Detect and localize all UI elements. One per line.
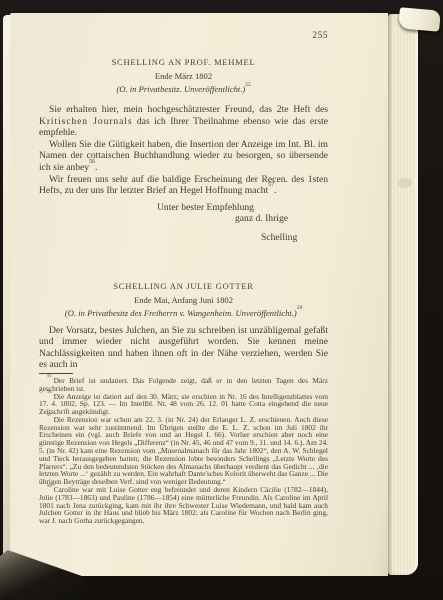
letter2-title: SCHELLING AN JULIE GOTTER bbox=[39, 280, 328, 292]
letter1-paragraph-1: Sie erhalten hier, mein hochgeschätztest… bbox=[39, 104, 328, 139]
letter2-source-text: (O. in Privatbesitz des Freiherrn v. Wan… bbox=[65, 308, 297, 318]
letter1-paragraph-2: Wollen Sie die Gütigkeit haben, die Inse… bbox=[39, 139, 328, 174]
book-photo: 255 SCHELLING AN PROF. MEHMEL Ende März … bbox=[0, 0, 443, 600]
footnote-56: 56Die Anzeige ist datiert auf den 30. Mä… bbox=[39, 393, 328, 416]
page-number: 255 bbox=[39, 30, 328, 42]
letter1-closing-line: ganz d. Ihrige bbox=[39, 213, 328, 225]
paragraph-text: Sie erhalten hier, mein hochgeschätztest… bbox=[49, 104, 328, 115]
footnote-number: 57 bbox=[47, 412, 52, 417]
footnote-marker: 57 bbox=[268, 182, 274, 188]
footnote-58: 58Caroline war mit Luise Gotter eng befr… bbox=[39, 486, 328, 525]
letter1-closing-line: Unter bester Empfehlung bbox=[39, 202, 328, 214]
page-corner-curl bbox=[398, 7, 441, 31]
paragraph-text: Wollen Sie die Gütigkeit haben, die Inse… bbox=[39, 139, 328, 173]
letter2-date: Ende Mai, Anfang Juni 1802 bbox=[39, 294, 328, 306]
footnote-55: 55Der Brief ist undatiert. Das Folgende … bbox=[39, 377, 328, 393]
footnote-number: 55 bbox=[47, 373, 52, 378]
footnote-text: Die Anzeige ist datiert auf den 30. März… bbox=[39, 392, 328, 417]
paragraph-text: . bbox=[274, 185, 276, 196]
letter1-paragraph-3: Wir freuen uns sehr auf die baldige Ersc… bbox=[39, 174, 328, 197]
letter1-source-text: (O. in Privatbesitz. Unveröffentlicht.) bbox=[116, 84, 245, 94]
letter1-signature: Schelling bbox=[39, 232, 328, 244]
paragraph-text: . bbox=[95, 162, 97, 173]
letter2-source: (O. in Privatbesitz des Freiherrn v. Wan… bbox=[39, 307, 328, 319]
letter1-date: Ende März 1802 bbox=[39, 70, 328, 82]
letter2-paragraph-1: Der Vorsatz, bestes Julchen, an Sie zu s… bbox=[39, 325, 328, 371]
left-page-edge bbox=[3, 15, 10, 562]
book-fore-edge bbox=[388, 14, 418, 575]
page-text-block: 255 SCHELLING AN PROF. MEHMEL Ende März … bbox=[39, 13, 328, 525]
footnote-57: 57Die Rezension war schon am 22. 3. (in … bbox=[39, 416, 328, 486]
letter1-source-note: 55 bbox=[245, 82, 250, 88]
footnote-marker: 56 bbox=[89, 159, 95, 165]
emphasized-text: Kritischen Journals bbox=[39, 116, 132, 127]
page-edge-nick bbox=[398, 178, 412, 188]
footnote-number: 58 bbox=[47, 483, 52, 488]
letter1-title: SCHELLING AN PROF. MEHMEL bbox=[39, 56, 328, 68]
letter2-source-note: 58 bbox=[297, 305, 302, 311]
footnote-text: Der Brief ist undatiert. Das Folgende ze… bbox=[39, 376, 328, 393]
book-page: 255 SCHELLING AN PROF. MEHMEL Ende März … bbox=[10, 13, 388, 576]
footnote-text: Caroline war mit Luise Gotter eng befreu… bbox=[39, 485, 328, 525]
footnote-separator bbox=[39, 373, 73, 374]
paragraph-text: Wir freuen uns sehr auf die baldige Ersc… bbox=[39, 174, 328, 197]
letter1-source: (O. in Privatbesitz. Unveröffentlicht.)5… bbox=[39, 83, 328, 95]
footnote-text: Die Rezension war schon am 22. 3. (in Nr… bbox=[39, 415, 328, 486]
footnote-number: 56 bbox=[47, 389, 52, 394]
